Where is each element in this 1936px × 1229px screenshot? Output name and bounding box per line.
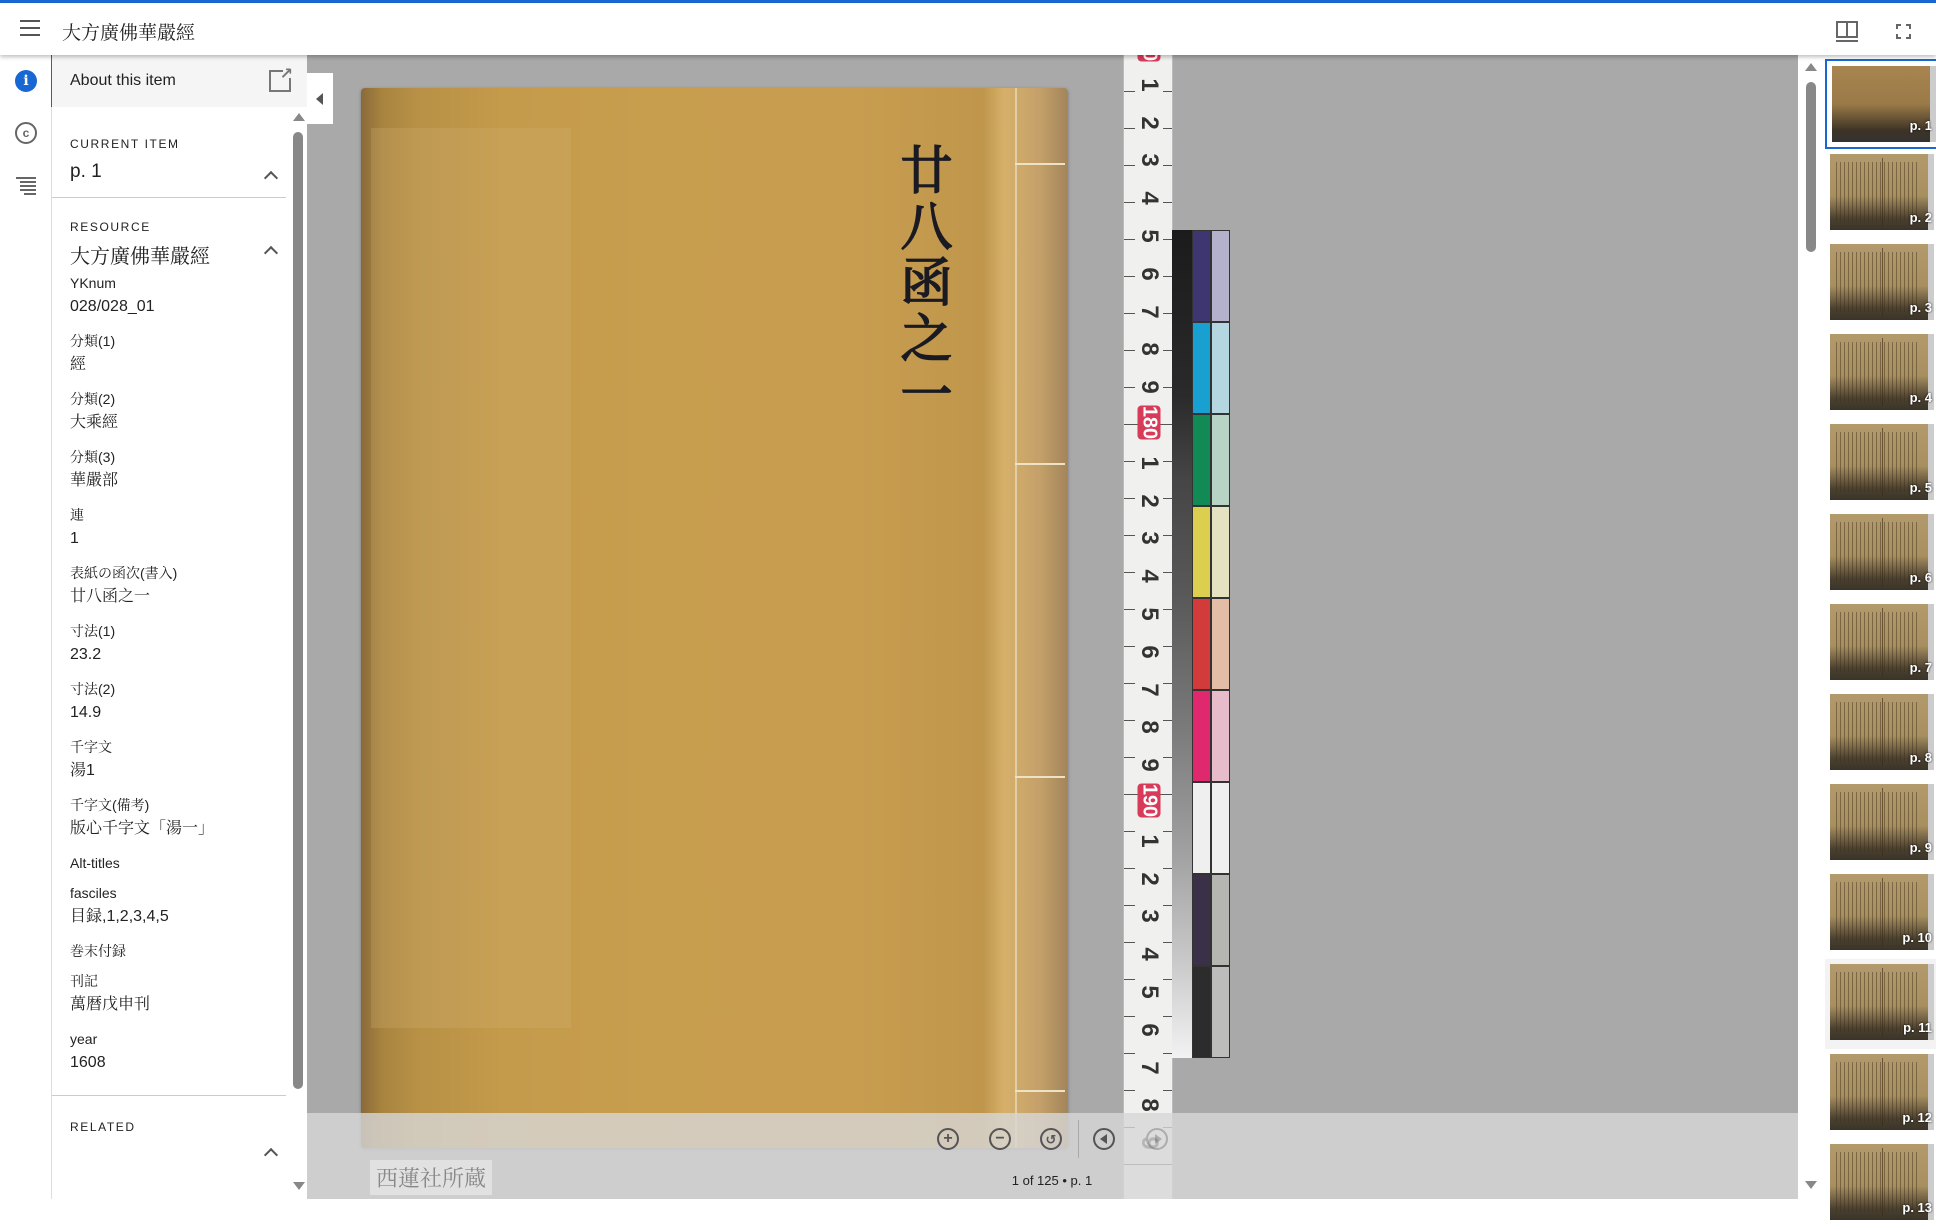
ruler-mark: 3 <box>1135 143 1163 177</box>
zoom-in-button[interactable]: + <box>937 1128 959 1150</box>
open-external-icon[interactable] <box>269 70 291 92</box>
color-calibration-chart <box>1172 230 1230 1058</box>
thumbnail-strip: p. 1p. 2p. 3p. 4p. 5p. 6p. 7p. 8p. 9p. 1… <box>1798 55 1936 1199</box>
collection-watermark: 西蓮社所蔵 <box>370 1160 492 1195</box>
panel-scrollbar[interactable] <box>293 132 303 1089</box>
thumbnail-item[interactable]: p. 11 <box>1825 959 1936 1049</box>
ruler-mark: 4 <box>1135 559 1163 593</box>
sidebar-item-info[interactable]: i <box>0 55 52 107</box>
thumbnail-scrollbar[interactable] <box>1806 82 1816 252</box>
field-year: year1608 <box>70 1029 290 1077</box>
ruler-mark: 4 <box>1135 937 1163 971</box>
thumbnail-item[interactable]: p. 2 <box>1825 149 1936 239</box>
thumbnail-item[interactable]: p. 4 <box>1825 329 1936 419</box>
current-item-label: CURRENT ITEM <box>70 137 290 151</box>
field-appendix: 巻末付録 <box>70 941 290 961</box>
current-item-value: p. 1 <box>70 161 290 183</box>
thumbnail-item[interactable]: p. 8 <box>1825 689 1936 779</box>
ruler-mark: 8 <box>1135 332 1163 366</box>
ruler-mark: 7 <box>1135 673 1163 707</box>
cover-inscription: 廿八函之一 <box>891 143 951 423</box>
field-category-1: 分類(1)經 <box>70 331 290 379</box>
field-thousand-char-note: 千字文(備考)版心千字文「湯一」 <box>70 795 290 843</box>
divider <box>52 197 286 198</box>
color-swatch <box>1192 322 1211 414</box>
ruler-mark: 3 <box>1135 521 1163 555</box>
ruler-mark: 7 <box>1135 1051 1163 1085</box>
thumbnail-label: p. 10 <box>1902 930 1932 945</box>
field-ren: 連1 <box>70 505 290 553</box>
thumbnail-label: p. 12 <box>1902 1110 1932 1125</box>
ruler-mark: 1 <box>1135 446 1163 480</box>
sidebar-item-toc[interactable] <box>0 159 52 211</box>
book-cover-image: 廿八函之一 <box>361 88 1068 1148</box>
color-swatch <box>1192 598 1211 690</box>
thumbnail-label: p. 11 <box>1903 1020 1932 1035</box>
chevron-left-icon <box>1100 1134 1107 1144</box>
page-indicator: 1 of 125 • p. 1 <box>997 1173 1107 1188</box>
info-icon: i <box>15 70 37 92</box>
ruler-mark: 5 <box>1135 597 1163 631</box>
panel-scroll-area[interactable]: CURRENT ITEM p. 1 RESOURCE 大方廣佛華嚴經 YKnum… <box>52 107 290 1197</box>
thumbnail-item[interactable]: p. 9 <box>1825 779 1936 869</box>
panel-title: About this item <box>70 72 176 90</box>
reset-zoom-icon: ↺ <box>1046 1133 1057 1146</box>
color-swatch <box>1211 322 1230 414</box>
color-swatch <box>1192 782 1211 874</box>
ruler-mark: 7 <box>1135 295 1163 329</box>
field-category-2: 分類(2)大乘經 <box>70 389 290 437</box>
ruler-mark: 2 <box>1135 106 1163 140</box>
resource-title: 大方廣佛華嚴經 <box>70 240 290 269</box>
image-viewer[interactable]: 廿八函之一 1701234567891801234567891901234567… <box>307 55 1798 1199</box>
color-swatch <box>1192 414 1211 506</box>
book-view-icon[interactable] <box>1834 17 1862 45</box>
ruler-mark: 6 <box>1135 635 1163 669</box>
copyright-icon: c <box>15 122 37 144</box>
thumbnail-item[interactable]: p. 1 <box>1825 59 1936 149</box>
app-header: 大方廣佛華嚴經 <box>0 3 1936 55</box>
thumbnail-item[interactable]: p. 3 <box>1825 239 1936 329</box>
table-of-contents-icon <box>16 175 36 195</box>
resource-label: RESOURCE <box>70 220 290 234</box>
ruler-mark: 9 <box>1135 370 1163 404</box>
color-swatch <box>1211 506 1230 598</box>
field-size-2: 寸法(2)14.9 <box>70 679 290 727</box>
zoom-in-icon: + <box>943 1131 952 1147</box>
ruler-mark: 3 <box>1135 899 1163 933</box>
hamburger-menu-icon[interactable] <box>20 20 42 38</box>
thumbnail-label: p. 6 <box>1910 570 1932 585</box>
chevron-right-icon <box>1155 1134 1162 1144</box>
thumbnail-label: p. 8 <box>1910 750 1932 765</box>
field-alt-titles: Alt-titles <box>70 853 290 873</box>
reset-zoom-button[interactable]: ↺ <box>1040 1128 1062 1150</box>
ruler-mark: 2 <box>1135 862 1163 896</box>
previous-page-button[interactable] <box>1093 1128 1115 1150</box>
thumbnail-item[interactable]: p. 6 <box>1825 509 1936 599</box>
color-swatch <box>1211 874 1230 966</box>
zoom-out-icon: − <box>995 1131 1004 1147</box>
color-swatch <box>1211 414 1230 506</box>
about-panel: About this item CURRENT ITEM p. 1 RESOUR… <box>52 55 307 1199</box>
ruler-mark: 6 <box>1135 257 1163 291</box>
thumbnail-label: p. 2 <box>1910 210 1932 225</box>
field-cover-case: 表紙の函次(書入)廿八函之一 <box>70 563 290 611</box>
ruler-mark: 6 <box>1135 1013 1163 1047</box>
field-yknum: YKnum028/028_01 <box>70 273 290 321</box>
resource-section: RESOURCE 大方廣佛華嚴經 YKnum028/028_01 分類(1)經 … <box>52 220 290 1095</box>
color-swatch <box>1211 966 1230 1058</box>
related-label: RELATED <box>70 1120 290 1134</box>
ruler-mark: 8 <box>1135 710 1163 744</box>
measuring-ruler: 170123456789180123456789190123456789 <box>1123 55 1173 1199</box>
thumbnail-label: p. 9 <box>1910 840 1932 855</box>
thumbnail-label: p. 7 <box>1910 660 1932 675</box>
scroll-down-arrow-icon[interactable] <box>293 1182 305 1190</box>
ruler-mark: 1 <box>1135 824 1163 858</box>
scroll-up-arrow-icon[interactable] <box>293 113 305 121</box>
field-size-1: 寸法(1)23.2 <box>70 621 290 669</box>
ruler-mark: 5 <box>1135 219 1163 253</box>
page-title: 大方廣佛華嚴經 <box>62 18 195 45</box>
ruler-mark: 190 <box>1138 784 1161 818</box>
ruler-mark: 2 <box>1135 484 1163 518</box>
color-swatch <box>1192 966 1211 1058</box>
chevron-up-icon[interactable] <box>264 1148 278 1162</box>
thumbnail-item[interactable]: p. 13 <box>1825 1139 1936 1199</box>
ruler-mark: 4 <box>1135 181 1163 215</box>
thumbnail-label: p. 4 <box>1910 390 1932 405</box>
field-thousand-char: 千字文湯1 <box>70 737 290 785</box>
color-swatch <box>1192 690 1211 782</box>
sidebar-item-rights[interactable]: c <box>0 107 52 159</box>
collapse-panel-button[interactable] <box>307 73 333 124</box>
field-colophon: 刊記萬暦戊申刊 <box>70 971 290 1019</box>
thumbnail-image <box>1830 1144 1934 1199</box>
next-page-button[interactable] <box>1146 1128 1168 1150</box>
scroll-down-arrow-icon[interactable] <box>1805 1181 1817 1189</box>
color-swatch <box>1192 874 1211 966</box>
controls-divider <box>1078 1120 1079 1158</box>
ruler-mark: 180 <box>1138 406 1161 440</box>
ruler-mark: 9 <box>1135 748 1163 782</box>
field-category-3: 分類(3)華嚴部 <box>70 447 290 495</box>
color-swatch <box>1192 506 1211 598</box>
zoom-out-button[interactable]: − <box>989 1128 1011 1150</box>
thumbnail-item[interactable]: p. 5 <box>1825 419 1936 509</box>
fullscreen-icon[interactable] <box>1890 17 1918 45</box>
sidebar-rail: i c <box>0 55 52 1199</box>
scroll-up-arrow-icon[interactable] <box>1805 63 1817 71</box>
color-swatch <box>1211 598 1230 690</box>
thumbnail-item[interactable]: p. 10 <box>1825 869 1936 959</box>
current-item-section: CURRENT ITEM p. 1 <box>52 137 290 183</box>
color-swatch <box>1192 230 1211 322</box>
ruler-mark: 1 <box>1135 68 1163 102</box>
thumbnail-item[interactable]: p. 12 <box>1825 1049 1936 1139</box>
thumbnail-label: p. 3 <box>1910 300 1932 315</box>
field-fasciles: fasciles目録,1,2,3,4,5 <box>70 883 290 931</box>
thumbnail-label: p. 5 <box>1910 480 1932 495</box>
color-swatch <box>1211 690 1230 782</box>
color-swatch <box>1211 230 1230 322</box>
thumbnail-item[interactable]: p. 7 <box>1825 599 1936 689</box>
panel-header: About this item <box>52 55 307 107</box>
color-swatch <box>1211 782 1230 874</box>
ruler-mark: 5 <box>1135 975 1163 1009</box>
divider <box>52 1095 286 1096</box>
related-section: RELATED <box>52 1120 290 1134</box>
thumbnail-label: p. 1 <box>1910 118 1932 133</box>
ruler-mark: 170 <box>1138 55 1161 62</box>
